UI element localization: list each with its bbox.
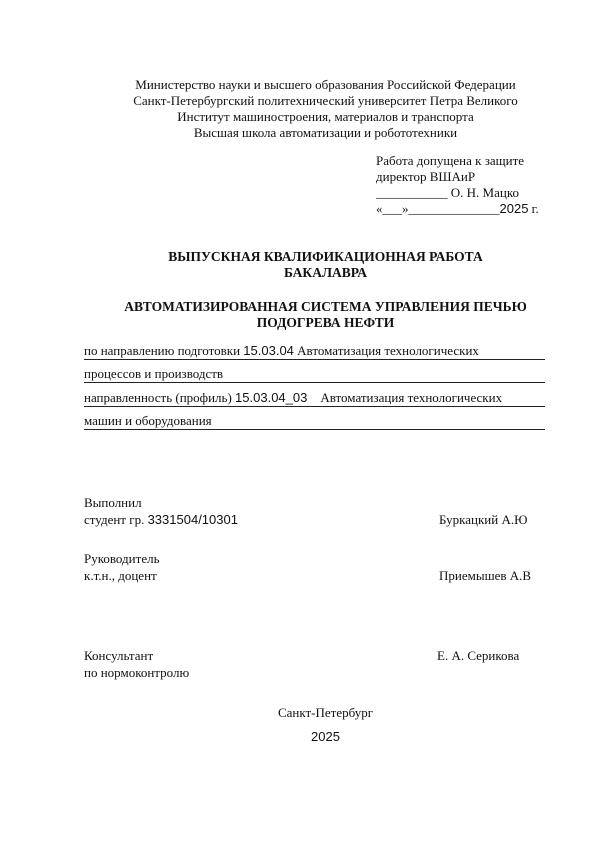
header-line-school: Высшая школа автоматизации и робототехни… <box>0 125 595 141</box>
consultant-detail: по нормоконтролю <box>84 665 189 681</box>
profile-name-part2: машин и оборудования <box>84 413 212 428</box>
direction-code: 15.03.04 <box>243 343 294 358</box>
profile-code: 15.03.04_03 <box>235 390 307 405</box>
work-type-title: ВЫПУСКНАЯ КВАЛИФИКАЦИОННАЯ РАБОТА БАКАЛА… <box>0 249 595 281</box>
supervisor-title: к.т.н., доцент <box>84 568 157 584</box>
supervisor-role: Руководитель <box>84 551 160 567</box>
direction-name-part2: процессов и производств <box>84 366 223 381</box>
footer-year: 2025 <box>0 729 595 745</box>
header-line-ministry: Министерство науки и высшего образования… <box>0 77 595 93</box>
header-line-university: Санкт-Петербургский политехнический унив… <box>0 93 595 109</box>
topic-line1: АВТОМАТИЗИРОВАННАЯ СИСТЕМА УПРАВЛЕНИЯ ПЕ… <box>0 299 595 315</box>
profile-line-2: машин и оборудования <box>84 413 545 430</box>
director-name: О. Н. Мацко <box>448 185 519 200</box>
work-type-line2: БАКАЛАВРА <box>0 265 595 281</box>
profile-line-1: направленность (профиль) 15.03.04_03 Авт… <box>84 390 545 407</box>
approval-date-line: «___»______________2025 г. <box>376 201 539 217</box>
ministry-header: Министерство науки и высшего образования… <box>0 77 595 141</box>
topic-line2: ПОДОГРЕВА НЕФТИ <box>0 315 595 331</box>
day-blank: ___ <box>383 201 403 216</box>
approval-signature-line: ___________ О. Н. Мацко <box>376 185 539 201</box>
supervisor-name: Приемышев А.В <box>439 568 531 584</box>
year-suffix: г. <box>528 201 538 216</box>
student-group-number: 3331504/10301 <box>148 512 238 527</box>
approval-year: 2025 <box>500 201 529 216</box>
profile-label: направленность (профиль) <box>84 390 235 405</box>
consultant-role: Консультант <box>84 648 153 664</box>
profile-name-part1: Автоматизация технологических <box>307 390 502 405</box>
work-type-line1: ВЫПУСКНАЯ КВАЛИФИКАЦИОННАЯ РАБОТА <box>0 249 595 265</box>
direction-line-2: процессов и производств <box>84 366 545 383</box>
student-name: Буркацкий А.Ю <box>439 512 527 528</box>
approval-line-admitted: Работа допущена к защите <box>376 153 539 169</box>
signature-blank: ___________ <box>376 185 448 200</box>
direction-line-1: по направлению подготовки 15.03.04 Автом… <box>84 343 545 360</box>
direction-label: по направлению подготовки <box>84 343 243 358</box>
student-group-label: студент гр. <box>84 512 148 527</box>
consultant-name: Е. А. Серикова <box>437 648 519 664</box>
direction-name-part1: Автоматизация технологических <box>294 343 479 358</box>
header-line-institute: Институт машиностроения, материалов и тр… <box>0 109 595 125</box>
approval-line-director: директор ВШАиР <box>376 169 539 185</box>
student-role: Выполнил <box>84 495 142 511</box>
approval-block: Работа допущена к защите директор ВШАиР … <box>376 153 539 217</box>
thesis-topic-title: АВТОМАТИЗИРОВАННАЯ СИСТЕМА УПРАВЛЕНИЯ ПЕ… <box>0 299 595 331</box>
month-blank: ______________ <box>409 201 500 216</box>
student-group-line: студент гр. 3331504/10301 <box>84 512 238 528</box>
footer-city: Санкт-Петербург <box>0 705 595 721</box>
